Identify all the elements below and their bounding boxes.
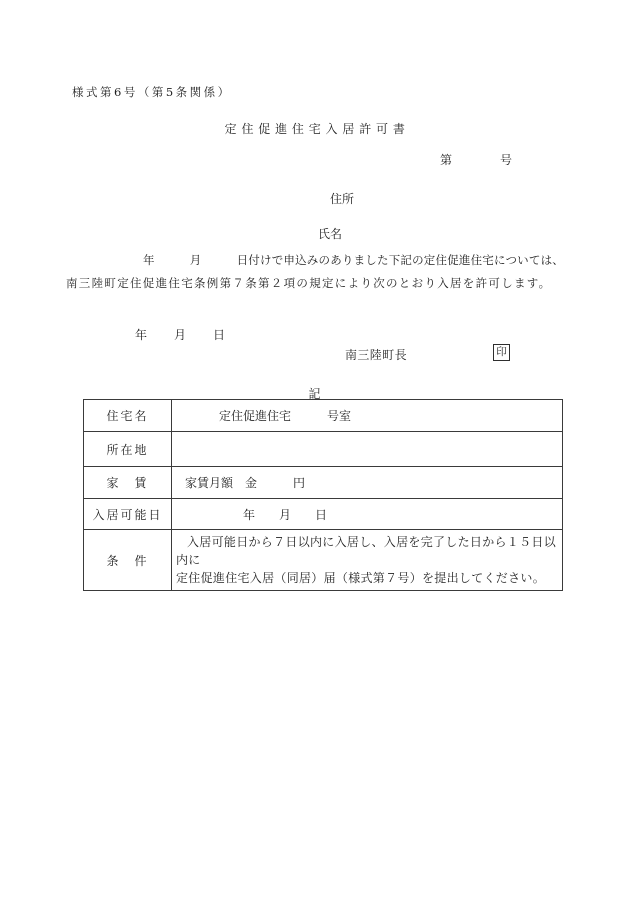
body-text-line-2: 南三陸町定住促進住宅条例第７条第２項の規定により次のとおり入居を許可します。 — [66, 275, 551, 291]
conditions-value: 入居可能日から７日以内に入居し、入居を完了した日から１５日以内に 定住促進住宅入… — [172, 530, 563, 591]
housing-name-value: 定住促進住宅 号室 — [172, 400, 563, 432]
table-row-move-in-date: 入居可能日 年 月 日 — [84, 499, 563, 530]
permit-document-page: { "document": { "form_label": "様式第6号（第5条… — [0, 0, 630, 903]
issue-date-blank: 年 月 日 — [135, 326, 226, 343]
move-in-date-value: 年 月 日 — [172, 499, 563, 530]
table-row-conditions: 条 件 入居可能日から７日以内に入居し、入居を完了した日から１５日以内に 定住促… — [84, 530, 563, 591]
conditions-label: 条 件 — [84, 530, 172, 591]
official-seal-mark: 印 — [493, 344, 510, 361]
document-title: 定 住 促 進 住 宅 入 居 許 可 書 — [0, 120, 630, 137]
rent-label: 家 賃 — [84, 467, 172, 499]
body-text-line-1: 年 月 日付けで申込みのありました下記の定住促進住宅については、 — [143, 252, 564, 268]
issuer-title: 南三陸町長 — [345, 346, 407, 363]
address-label: 住所 — [330, 190, 354, 207]
document-number-blank: 第 号 — [440, 151, 512, 168]
table-row-rent: 家 賃 家賃月額 金 円 — [84, 467, 563, 499]
location-value — [172, 432, 563, 467]
rent-value: 家賃月額 金 円 — [172, 467, 563, 499]
form-number-label: 様式第6号（第5条関係） — [72, 84, 232, 100]
move-in-date-label: 入居可能日 — [84, 499, 172, 530]
housing-name-label: 住宅名 — [84, 400, 172, 432]
permit-details-table: 住宅名 定住促進住宅 号室 所在地 家 賃 家賃月額 金 円 入居可能日 年 月… — [83, 399, 563, 591]
table-row-location: 所在地 — [84, 432, 563, 467]
table-row-housing-name: 住宅名 定住促進住宅 号室 — [84, 400, 563, 432]
name-label: 氏名 — [318, 225, 342, 242]
location-label: 所在地 — [84, 432, 172, 467]
